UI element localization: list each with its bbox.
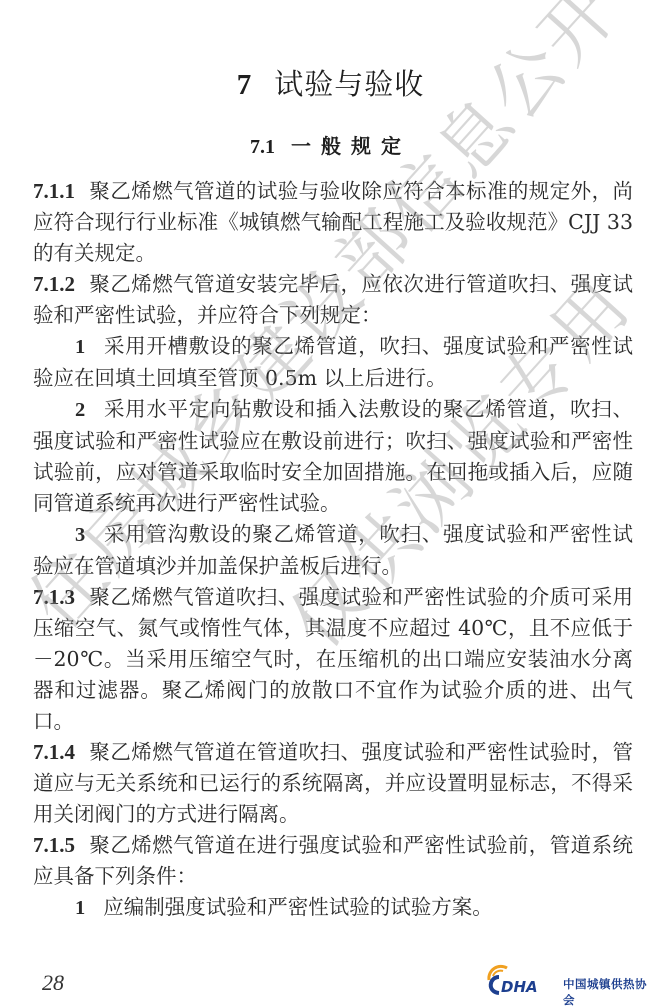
clause-number: 7.1.3 [33, 585, 75, 609]
dha-logo-icon: DHA [483, 962, 561, 996]
item-text: 采用管沟敷设的聚乙烯管道，吹扫、强度试验和严密性试验应在管道填沙并加盖保护盖板后… [33, 522, 633, 578]
clause-text: 聚乙烯燃气管道安装完毕后，应依次进行管道吹扫、强度试验和严密性试验，并应符合下列… [33, 272, 633, 327]
document-page: 7试验与验收 7.1一般规定 7.1.1聚乙烯燃气管道的试验与验收除应符合本标准… [0, 0, 661, 1006]
publisher-logo: DHA 中国城镇供热协会 [483, 958, 658, 998]
chapter-number: 7 [237, 69, 253, 101]
clause-number: 7.1.4 [33, 740, 75, 764]
clause-7-1-3: 7.1.3聚乙烯燃气管道吹扫、强度试验和严密性试验的介质可采用压缩空气、氮气或惰… [33, 582, 633, 737]
svg-text:DHA: DHA [501, 978, 538, 996]
clause-text: 聚乙烯燃气管道的试验与验收除应符合本标准的规定外，尚应符合现行行业标准《城镇燃气… [33, 179, 633, 265]
clause-text: 聚乙烯燃气管道在管道吹扫、强度试验和严密性试验时，管道应与无关系统和已运行的系统… [33, 740, 633, 826]
chapter-title-text: 试验与验收 [274, 67, 424, 101]
clause-item: 1应编制强度试验和严密性试验的试验方案。 [33, 892, 633, 924]
clause-item: 1采用开槽敷设的聚乙烯管道，吹扫、强度试验和严密性试验应在回填土回填至管顶 0.… [33, 331, 633, 394]
clause-text: 聚乙烯燃气管道吹扫、强度试验和严密性试验的介质可采用压缩空气、氮气或惰性气体，其… [33, 585, 633, 733]
section-title-text: 一般规定 [291, 134, 411, 158]
item-number: 1 [75, 336, 85, 358]
item-number: 3 [75, 524, 85, 546]
clause-number: 7.1.5 [33, 833, 75, 857]
item-number: 1 [75, 897, 85, 919]
clause-7-1-5: 7.1.5聚乙烯燃气管道在进行强度试验和严密性试验前，管道系统应具备下列条件： [33, 830, 633, 892]
clause-7-1-4: 7.1.4聚乙烯燃气管道在管道吹扫、强度试验和严密性试验时，管道应与无关系统和已… [33, 737, 633, 830]
page-number: 28 [42, 970, 64, 996]
clause-7-1-1: 7.1.1聚乙烯燃气管道的试验与验收除应符合本标准的规定外，尚应符合现行行业标准… [33, 176, 633, 269]
organization-name: 中国城镇供热协会 [563, 976, 658, 1006]
clause-item: 3采用管沟敷设的聚乙烯管道，吹扫、强度试验和严密性试验应在管道填沙并加盖保护盖板… [33, 519, 633, 582]
document-body: 7.1.1聚乙烯燃气管道的试验与验收除应符合本标准的规定外，尚应符合现行行业标准… [33, 176, 633, 924]
item-number: 2 [75, 399, 85, 421]
item-text: 应编制强度试验和严密性试验的试验方案。 [103, 895, 493, 919]
section-title: 7.1一般规定 [0, 130, 661, 159]
clause-7-1-2: 7.1.2聚乙烯燃气管道安装完毕后，应依次进行管道吹扫、强度试验和严密性试验，并… [33, 269, 633, 331]
chapter-title: 7试验与验收 [0, 62, 661, 103]
clause-number: 7.1.2 [33, 272, 75, 296]
clause-item: 2采用水平定向钻敷设和插入法敷设的聚乙烯管道，吹扫、强度试验和严密性试验应在敷设… [33, 394, 633, 519]
clause-text: 聚乙烯燃气管道在进行强度试验和严密性试验前，管道系统应具备下列条件： [33, 833, 633, 888]
section-number: 7.1 [250, 136, 275, 158]
item-text: 采用水平定向钻敷设和插入法敷设的聚乙烯管道，吹扫、强度试验和严密性试验应在敷设前… [33, 397, 633, 515]
item-text: 采用开槽敷设的聚乙烯管道，吹扫、强度试验和严密性试验应在回填土回填至管顶 0.5… [33, 334, 633, 390]
clause-number: 7.1.1 [33, 179, 75, 203]
